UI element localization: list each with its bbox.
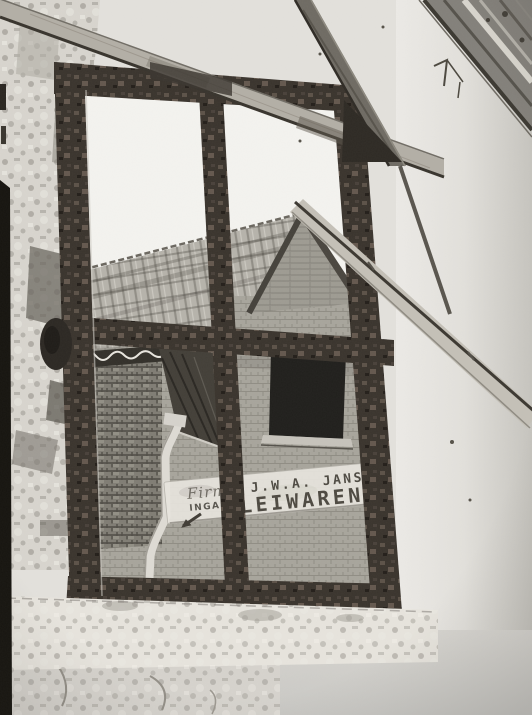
photograph-svg: Firma INGANG J.W.A. JANSS KLEIWARENF xyxy=(0,0,532,715)
photo-container: Firma INGANG J.W.A. JANSS KLEIWARENF xyxy=(0,0,532,715)
film-grain xyxy=(0,0,532,715)
